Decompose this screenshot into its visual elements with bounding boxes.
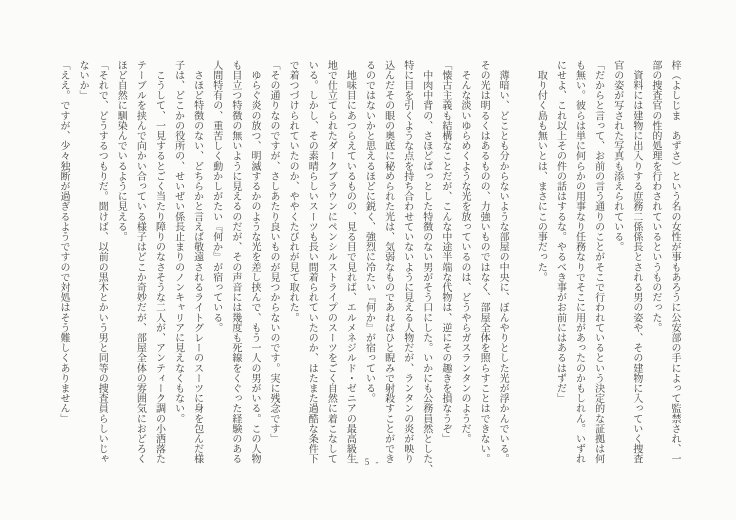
text-column-4: 官の姿が写された写真も添えられている。: [608, 60, 627, 462]
text-column-7: にせよ、これ以上その件の話はするな。やるべき事がお前にはあるはずだ」: [550, 60, 569, 462]
vertical-text-block: 梓（よしじま あずさ）という名の女性が事もあろうに公安部の手によって監禁され、一…: [54, 60, 684, 462]
text-column-2: 部の捜査官の性的処理を行わされているというものだった。: [646, 60, 665, 462]
text-column-17: るのではないかと思えるほどに鋭く、強烈に冷たい『何か』が宿っている。: [359, 60, 378, 462]
text-column-31: 「それで、どうするつもりだ。聞けば、以前の黒木とかいう男と同等の捜査員らしいじゃ: [92, 60, 111, 462]
text-column-9: [512, 60, 531, 462]
text-column-26: さほど特徴のない、どちらかと言えば敬遠されるライトグレーのスーツに身を包んだ様: [188, 60, 207, 462]
text-column-29: テーブルを挟んで向かい合っている様子はどこか奇妙だが、部屋全体の雰囲気におどろく: [130, 60, 149, 462]
text-column-8: 取り付く島も無いとは、まさにこの事だった。: [531, 60, 550, 462]
text-column-21: で着つづけられていたのか、ややくたびれが見て取れた。: [283, 60, 302, 462]
text-column-6: も無い。彼らは単に何らかの用事なり任務なりでそこに用があったのかもしれん。いずれ: [569, 60, 588, 462]
text-column-18: 地味目にあつらえているものの、見る目で見れば、エルメネジルド・ゼニアの最高級生: [340, 60, 359, 462]
text-column-12: そんな淡いゆらめくような光を放っているのは、どうやらガスランタンのようだ。: [455, 60, 474, 462]
text-column-32: ないか」: [73, 60, 92, 462]
text-column-23: ゆらぐ炎の放つ、明滅するかのような光を差し挟んで、もう一人の男がいる。この人物: [245, 60, 264, 462]
text-column-22: 「その通りなのですが、さしあたり良いものが見つからないのです。実に残念です」: [264, 60, 283, 462]
text-column-10: 薄暗い、どことも分からないような部屋の中央に、ぼんやりとした光が浮かんでいる。: [493, 60, 512, 462]
text-column-3: 資料には建物に出入りする庶務二係係長とされる男の姿や、その建物に入っていく捜査: [627, 60, 646, 462]
text-column-33: 「ええ。ですが、少々独断が過ぎるようですので対処はそう難しくありません」: [54, 60, 73, 462]
text-column-19: 地で仕立てられたダークブラウンにペンシルストライプのスーツをごく自然に着こなして: [321, 60, 340, 462]
text-column-11: その光は明るくはあるものの、力強いものではなく、部屋全体を照らすことはできない。: [474, 60, 493, 462]
page-number: - 5 -: [0, 457, 736, 467]
text-column-20: いる。しかし、その素晴らしいスーツも長い間着られていたのか、はたまた過酷な条件下: [302, 60, 321, 462]
text-column-30: ほど自然に馴染んでいるように見える。: [111, 60, 130, 462]
book-page: 梓（よしじま あずさ）という名の女性が事もあろうに公安部の手によって監禁され、一…: [0, 0, 736, 520]
text-column-27: 子は、どこかの役所の、せいぜい係長止まりのノンキャリアに見えなくもない。: [168, 60, 187, 462]
text-column-25: 人間特有の、重苦しく動かしがたい『何か』が宿っている。: [207, 60, 226, 462]
text-column-24: も目立つ特徴の無いように見えるのだが、その声音には幾度も死線をくぐった経験のある: [226, 60, 245, 462]
text-column-13: 「懐古主義も結構なことだが、こんな中途半端な代物は、逆にその趣きを損なうぞ」: [436, 60, 455, 462]
text-column-28: こうして、一見するとごく当たり障りのなさそうな二人が、アンティーク調の小洒落た: [149, 60, 168, 462]
text-column-15: 特に目を引くような点を持ち合わせていないように見える人物だが、ランタンの炎が映り: [398, 60, 417, 462]
text-column-16: 込んだその眼の奥底に秘められた光は、気弱なものであればひと睨みで射殺すことができ: [379, 60, 398, 462]
text-column-5: 「だからと言って、お前の言う通りのことがそこで行われているという決定的な証拠は何: [589, 60, 608, 462]
text-column-14: 中肉中背の、さほどぱっとした特徴のない男がそう口にした。いかにも公務員然とした、: [417, 60, 436, 462]
text-column-1: 梓（よしじま あずさ）という名の女性が事もあろうに公安部の手によって監禁され、一: [665, 60, 684, 462]
